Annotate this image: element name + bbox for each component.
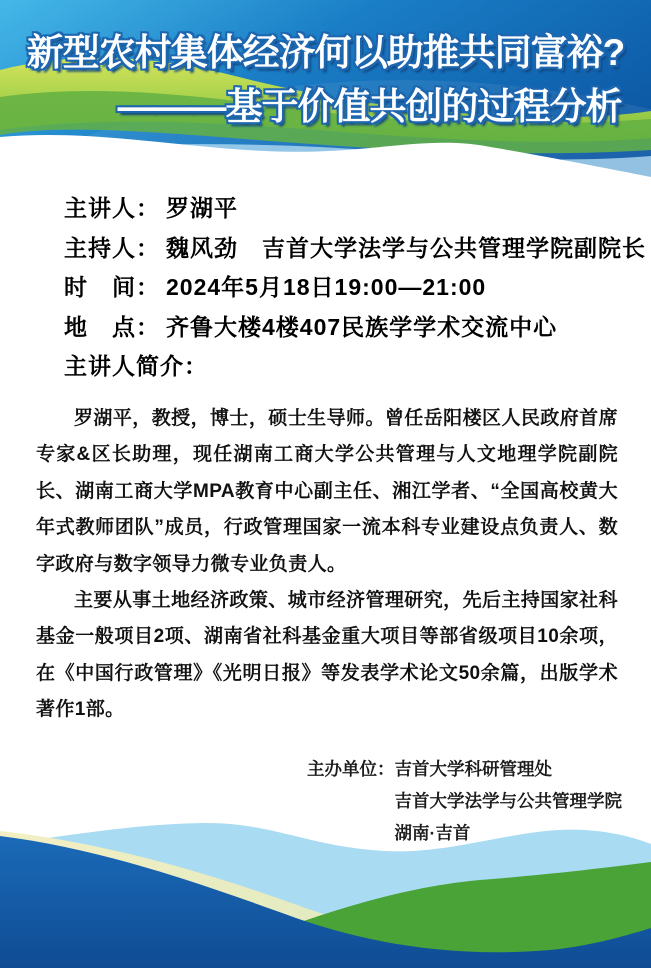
speaker-bio: 罗湖平，教授，博士，硕士生导师。曾任岳阳楼区人民政府首席专家&区长助理，现任湖南… (36, 401, 618, 729)
info-label: 主讲人简介： (64, 353, 208, 379)
title-line-2: ———基于价值共创的过程分析 (0, 76, 651, 130)
info-row-speaker: 主讲人：罗湖平 (64, 189, 646, 229)
organizer-line-2: 吉首大学法学与公共管理学院 (395, 785, 623, 817)
info-value: 2024年5月18日19:00—21:00 (166, 274, 486, 300)
info-row-location: 地 点：齐鲁大楼4楼407民族学学术交流中心 (64, 308, 646, 348)
info-row-bio-heading: 主讲人简介： (64, 347, 646, 387)
organizer-line-3: 湖南·吉首 (395, 817, 623, 849)
lecture-poster: 新型农村集体经济何以助推共同富裕? ———基于价值共创的过程分析 主讲人：罗湖平… (0, 0, 651, 968)
bio-paragraph-2: 主要从事土地经济政策、城市经济管理研究，先后主持国家社科基金一般项目2项、湖南省… (36, 583, 618, 729)
info-label: 时 间： (64, 274, 160, 300)
info-label: 地 点： (64, 314, 160, 340)
organizer-lines: 吉首大学科研管理处 吉首大学法学与公共管理学院 湖南·吉首 (395, 753, 623, 849)
info-value: 齐鲁大楼4楼407民族学学术交流中心 (166, 314, 557, 340)
info-row-time: 时 间：2024年5月18日19:00—21:00 (64, 268, 646, 308)
bio-paragraph-1: 罗湖平，教授，博士，硕士生导师。曾任岳阳楼区人民政府首席专家&区长助理，现任湖南… (36, 401, 618, 583)
organizer-label: 主办单位： (307, 753, 395, 849)
info-value: 罗湖平 (166, 195, 238, 221)
info-row-host: 主持人：魏风劲 吉首大学法学与公共管理学院副院长 (64, 229, 646, 269)
info-label: 主持人： (64, 235, 160, 261)
title-line-1: 新型农村集体经济何以助推共同富裕? (0, 22, 651, 76)
info-value: 魏风劲 吉首大学法学与公共管理学院副院长 (166, 235, 646, 261)
organizer-block: 主办单位： 吉首大学科研管理处 吉首大学法学与公共管理学院 湖南·吉首 (307, 753, 622, 849)
info-label: 主讲人： (64, 195, 160, 221)
event-info: 主讲人：罗湖平 主持人：魏风劲 吉首大学法学与公共管理学院副院长 时 间：202… (64, 189, 646, 387)
organizer-line-1: 吉首大学科研管理处 (395, 753, 623, 785)
